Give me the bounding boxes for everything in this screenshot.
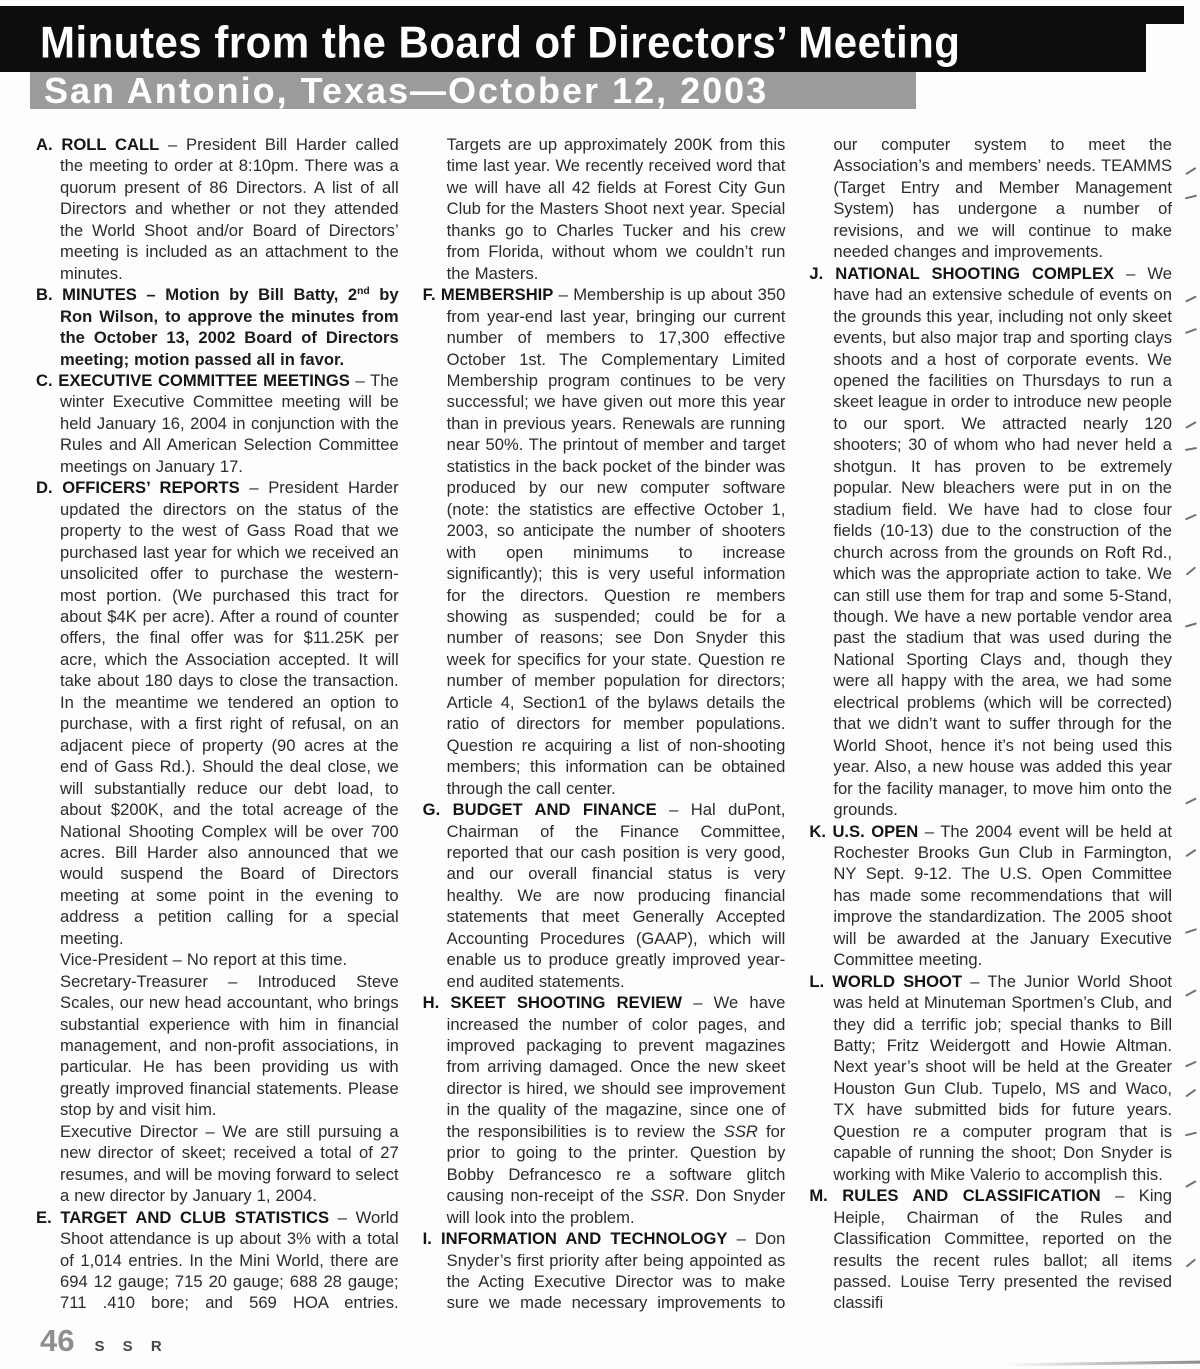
page-number: 46 xyxy=(40,1323,74,1359)
minutes-item-g: G. BUDGET AND FINANCE – Hal duPont, Chai… xyxy=(423,799,786,992)
item-heading: K. U.S. OPEN xyxy=(809,822,918,841)
pen-mark xyxy=(1185,797,1197,804)
magazine-page: Minutes from the Board of Directors’ Mee… xyxy=(0,0,1200,1369)
article-title-bar: Minutes from the Board of Directors’ Mee… xyxy=(0,6,1146,72)
item-heading: A. ROLL CALL xyxy=(36,135,159,154)
item-heading: I. INFORMATION AND TECHNOLOGY xyxy=(423,1229,728,1248)
item-heading: C. EXECUTIVE COMMITTEE MEETINGS xyxy=(36,371,350,390)
minutes-item-d: D. OFFICERS’ REPORTS – President Harder … xyxy=(36,477,399,949)
minutes-columns: A. ROLL CALL – President Bill Harder cal… xyxy=(36,134,1172,1314)
item-heading: E. TARGET AND CLUB STATISTICS xyxy=(36,1208,329,1227)
minutes-paragraph: our computer system to meet the Associat… xyxy=(809,134,1172,263)
pen-mark xyxy=(1185,328,1197,334)
minutes-item-l: L. WORLD SHOOT – The Junior World Shoot … xyxy=(809,971,1172,1186)
pen-mark xyxy=(1185,1089,1196,1098)
minutes-item-m: M. RULES AND CLASSIFICATION – King Heipl… xyxy=(809,1185,1172,1314)
pen-mark xyxy=(1185,1061,1197,1068)
item-heading: B. MINUTES xyxy=(36,285,137,304)
item-heading: G. BUDGET AND FINANCE xyxy=(423,800,657,819)
pen-mark xyxy=(1185,849,1196,858)
pen-mark xyxy=(1185,447,1197,451)
minutes-item-b: B. MINUTES – Motion by Bill Batty, 2nd b… xyxy=(36,284,399,370)
item-heading: D. OFFICERS’ REPORTS xyxy=(36,478,240,497)
pen-mark xyxy=(1185,167,1196,175)
pen-mark xyxy=(1185,1132,1197,1137)
minutes-item-c: C. EXECUTIVE COMMITTEE MEETINGS – The wi… xyxy=(36,370,399,477)
pen-mark xyxy=(1185,195,1197,200)
column-3: our computer system to meet the Associat… xyxy=(809,134,1172,1314)
minutes-item-i: I. INFORMATION AND TECHNOLOGY – Don Snyd… xyxy=(423,1228,786,1314)
article-title: Minutes from the Board of Directors’ Mee… xyxy=(40,17,960,68)
minutes-item-k: K. U.S. OPEN – The 2004 event will be he… xyxy=(809,821,1172,971)
minutes-paragraph: Executive Director – We are still pursui… xyxy=(36,1121,399,1207)
column-1: A. ROLL CALL – President Bill Harder cal… xyxy=(36,134,399,1314)
magazine-initials: S S R xyxy=(94,1338,168,1355)
item-heading: F. MEMBERSHIP xyxy=(423,285,554,304)
minutes-paragraph: Secretary-Treasurer – Introduced Steve S… xyxy=(36,971,399,1121)
pen-mark xyxy=(1185,928,1197,934)
pen-mark xyxy=(1185,622,1197,628)
article-subtitle: San Antonio, Texas—October 12, 2003 xyxy=(44,70,768,112)
minutes-item-j: J. NATIONAL SHOOTING COMPLEX – We have h… xyxy=(809,263,1172,821)
minutes-item-e: E. TARGET AND CLUB STATISTICS – World Sh… xyxy=(36,1207,399,1314)
item-heading: M. RULES AND CLASSIFICATION xyxy=(809,1186,1100,1205)
pen-mark xyxy=(1185,1180,1197,1188)
minutes-item-f: F. MEMBERSHIP – Membership is up about 3… xyxy=(423,284,786,799)
pen-mark xyxy=(1185,421,1197,429)
minutes-item-h: H. SKEET SHOOTING REVIEW – We have incre… xyxy=(423,992,786,1228)
pen-mark xyxy=(1185,989,1197,997)
article-subtitle-bar: San Antonio, Texas—October 12, 2003 xyxy=(30,72,916,109)
item-heading: L. WORLD SHOOT xyxy=(809,972,962,991)
scan-artifact xyxy=(1005,1361,1200,1367)
page-footer: 46 S S R xyxy=(40,1323,169,1359)
item-heading: H. SKEET SHOOTING REVIEW xyxy=(423,993,682,1012)
item-heading: J. NATIONAL SHOOTING COMPLEX xyxy=(809,264,1114,283)
pen-mark xyxy=(1186,1258,1197,1268)
minutes-paragraph: Vice-President – No report at this time. xyxy=(36,949,399,970)
pen-mark xyxy=(1185,514,1197,521)
minutes-paragraph: Targets are up approximately 200K from t… xyxy=(423,134,786,284)
pen-mark xyxy=(1186,566,1197,576)
column-2: Targets are up approximately 200K from t… xyxy=(423,134,786,1314)
pen-mark xyxy=(1185,295,1197,302)
minutes-item-a: A. ROLL CALL – President Bill Harder cal… xyxy=(36,134,399,284)
